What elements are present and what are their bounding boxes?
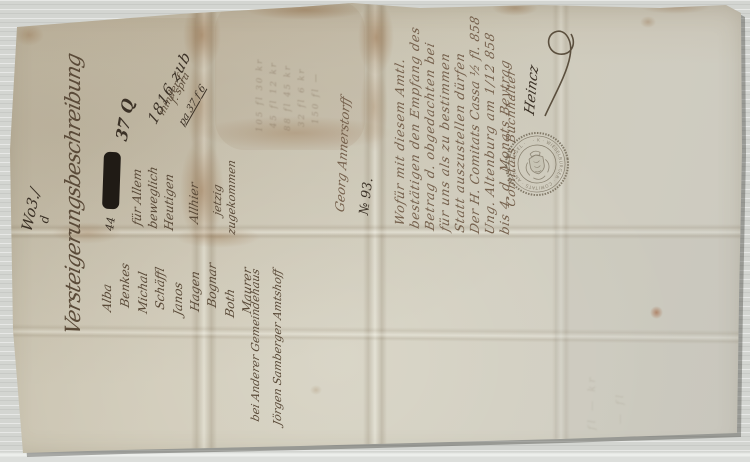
bleedthrough-line: 105 fl 30 kr: [256, 58, 265, 132]
stain-mark: [246, 0, 364, 20]
body-line: für uns als zu bestimmen: [439, 51, 452, 233]
stain-mark: [14, 24, 44, 46]
item-word: beweglich: [147, 165, 159, 230]
name-entry: Bognar: [206, 262, 218, 309]
title-vertical: Versteigerungsbeschreibung: [63, 52, 84, 337]
name-entry: Hagen: [189, 270, 201, 313]
body-line: Statt auszustellen dürfen: [454, 51, 467, 234]
body-line: Der H. Comitats Cassa ½ fl. 858: [469, 15, 482, 235]
stain-mark: [198, 116, 393, 150]
item-word: für Allem: [131, 167, 143, 226]
stain-mark: [650, 306, 663, 319]
official-stamp: · K · WIESELBURGER · COMITATS · AMTS · S…: [499, 126, 575, 202]
edge-pen-mark: w: [2, 192, 13, 202]
stain-mark: [310, 385, 322, 395]
photo-background: 105 fl 30 kr 45 fl 12 kr 88 fl 45 kr 32 …: [0, 0, 750, 462]
bleedthrough-line: 88 fl 45 kr: [284, 64, 293, 131]
body-line: Wofür mit diesem Amtl.: [394, 56, 407, 226]
bleedthrough-line: fl — kr: [588, 375, 598, 430]
docket-sub: d: [38, 214, 51, 224]
note-line: bei Anderer Gemeindehaus: [250, 268, 261, 423]
stain-mark: [492, 0, 538, 16]
stain-mark: [640, 16, 656, 28]
signature-flourish: [537, 22, 585, 120]
stamp-coat-of-arms: [523, 149, 551, 181]
note-line: Jörgen Samberger Amtshoff: [272, 268, 283, 427]
stain-mark: [176, 226, 260, 248]
bleedthrough-line: — fl: [616, 392, 626, 424]
body-line: Betrag d. obgedachten bei: [424, 41, 437, 232]
name-entry: Janos: [172, 281, 184, 317]
crossed-out-value: 44: [104, 216, 117, 231]
name-entry: Alba: [101, 283, 113, 313]
item-word: jetzig: [212, 183, 223, 216]
stain-mark: [640, 0, 710, 14]
document-paper: 105 fl 30 kr 45 fl 12 kr 88 fl 45 kr 32 …: [0, 0, 750, 462]
body-line: Ung. Altenburg am 1/12 858: [484, 31, 497, 236]
center-note: Georg Annerstorff: [334, 95, 352, 214]
item-word: zugekommen: [226, 159, 237, 236]
sum-amount: 37 Q: [114, 97, 137, 143]
bleedthrough-line: 150 fl —: [312, 72, 321, 124]
name-entry: Michal: [137, 270, 149, 314]
name-entry: Benkes: [119, 262, 131, 309]
ink-blot: [102, 152, 121, 210]
item-word: Allhier: [188, 181, 200, 225]
item-word: Heutigen: [163, 173, 175, 232]
body-line: bestätigen den Empfang des: [409, 25, 422, 230]
bleedthrough-line: 32 fl 6 kr: [298, 68, 307, 127]
name-entry: Both: [224, 287, 236, 318]
bleedthrough-line: 45 fl 12 kr: [270, 61, 279, 128]
name-entry: Schäffl: [154, 266, 166, 310]
